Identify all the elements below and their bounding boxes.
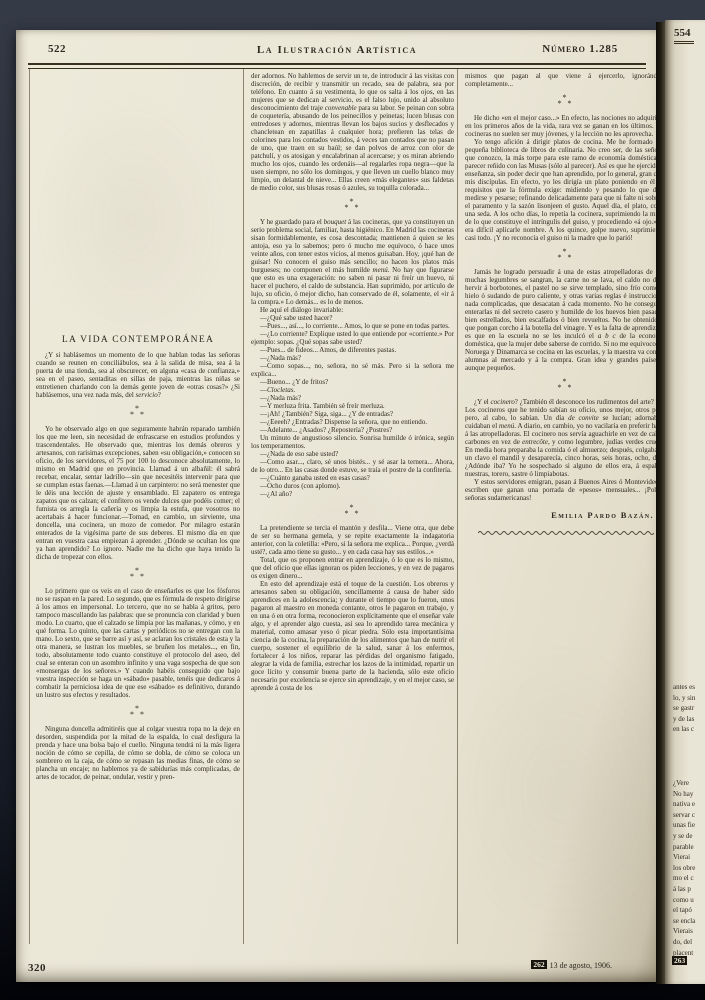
dialog-line: —Como asar..., claro, sé unos bistés... … [251, 458, 454, 474]
asterism-divider-icon: ** * [36, 568, 240, 579]
footer-plate-number: 320 [28, 962, 46, 974]
clipped-text-fragment: Vierai [673, 852, 695, 863]
text-column-1: LA VIDA CONTEMPORÁNEA¿Y si hablásemos un… [36, 72, 240, 952]
clipped-text-fragment: nativa e [673, 799, 695, 810]
clipped-text-fragment: los obre [673, 863, 695, 874]
dialog-line: —Y merluza frita. También sé freír merlu… [251, 402, 454, 410]
next-page-number: 554 [674, 27, 694, 44]
dialog-line: —¿Nada más? [251, 394, 454, 402]
dialog-line: —Como sopas..., no, señora, no sé más. P… [251, 362, 454, 378]
magazine-page-scan: 522 La Ilustración Artística Número 1.28… [16, 30, 658, 982]
paragraph: ¿Y el cocinero? ¿También él desconoce lo… [465, 398, 666, 478]
footer-date: 13 de agosto, 1906. [550, 961, 612, 970]
dialog-line: —¿Al año? [251, 490, 454, 498]
paragraph: ¿Y si hablásemos un momento de lo que ha… [36, 351, 240, 399]
clipped-text-fragment: y de las [673, 714, 695, 725]
dialog-line: —Clocletas. [251, 386, 454, 394]
paragraph: En esto del aprendizaje está el toque de… [251, 580, 454, 692]
clipped-text-fragment: antes es [673, 682, 695, 693]
paragraph: Yo tengo afición á dirigir platos de coc… [465, 138, 666, 242]
issue-number-box: 262 [531, 960, 546, 969]
clipped-text-fragment: como u [673, 895, 695, 906]
paragraph: Total, que os proponen entrar en aprendi… [251, 556, 454, 580]
clipped-text-fragment: se encla [673, 916, 695, 927]
dialog-line: —¿Cuánto ganaba usted en esas casas? [251, 474, 454, 482]
paragraph: Un minuto de angustioso silencio. Sonris… [251, 434, 454, 450]
footer-issue-date: 26213 de agosto, 1906. [531, 960, 612, 970]
clipped-text-fragment: Vierais [673, 926, 695, 937]
clipped-text-fragment: lo, y sin [673, 693, 695, 704]
asterism-divider-icon: ** * [465, 379, 666, 390]
dialog-line: —Bueno... ¿Y de fritos? [251, 378, 454, 386]
next-page-issue-box: 263 [672, 956, 687, 965]
dialog-line: —¡Ah! ¿También? Siga, siga... ¿Y de entr… [251, 410, 454, 418]
dialog-line: —¿Nada más? [251, 354, 454, 362]
clipped-text-fragment: á las p [673, 884, 695, 895]
asterism-divider-icon: ** * [465, 95, 666, 106]
clipped-text-fragment: mo el c [673, 873, 695, 884]
paragraph: Y he guardado para el bouquet á las coci… [251, 218, 454, 306]
text-column-2: der adornos. No hablemos de servir un te… [251, 72, 454, 952]
column-rule-mid1 [243, 68, 244, 944]
paragraph: Yo he observado algo en que seguramente … [36, 425, 240, 561]
clipped-text-fragment: unas fie [673, 820, 695, 831]
dialog-line: —¿Lo corriente? Explique usted lo que en… [251, 330, 454, 346]
paragraph: Y estos servidores emigran, pasan á Buen… [465, 478, 666, 502]
clipped-text-fragment: No hay [673, 789, 695, 800]
asterism-divider-icon: ** * [36, 706, 240, 717]
book-gutter-shadow [656, 22, 665, 984]
paragraph: He dicho «en el mejor caso...» En efecto… [465, 114, 666, 138]
asterism-divider-icon: ** * [251, 505, 454, 516]
paragraph: He aquí el diálogo invariable: [251, 306, 454, 314]
author-signature: Emilia Pardo Bazán. [465, 511, 666, 519]
asterism-divider-icon: ** * [251, 199, 454, 210]
clipped-text-fragment: do, del [673, 937, 695, 948]
clipped-text-fragment: ¿Vere [673, 778, 695, 789]
text-column-3: mismos que pagan al que viene á ejercerl… [465, 72, 666, 952]
column-rule-mid2 [457, 68, 458, 944]
clipped-text-fragment: en las c [673, 724, 695, 735]
clipped-text-fragment: parable [673, 842, 695, 853]
paragraph: mismos que pagan al que viene á ejercerl… [465, 72, 666, 88]
header-double-rule [28, 63, 646, 69]
paragraph: der adornos. No hablemos de servir un te… [251, 72, 454, 192]
next-page-edge: 554 antes eslo, y sinse gastry de lasen … [665, 20, 705, 984]
photographed-book-spread: { "colors":{"paper":"#eae6d7","ink":"#2e… [0, 0, 705, 1000]
clipped-text-fragment: y se de [673, 831, 695, 842]
asterism-divider-icon: ** * [36, 406, 240, 417]
clipped-text-fragment: se gastr [673, 703, 695, 714]
issue-number: Número 1.285 [542, 43, 618, 55]
column-rule-left [29, 68, 30, 944]
clipped-text-block-lower: ¿VereNo haynativa eservar cunas fiey se … [673, 778, 695, 958]
clipped-text-fragment: el tapó [673, 905, 695, 916]
dialog-line: —¿Qué sabe usted hacer? [251, 314, 454, 322]
wavy-rule [465, 530, 666, 538]
page-header: 522 La Ilustración Artística Número 1.28… [30, 40, 644, 62]
dialog-line: —¿Nada de eso sabe usted? [251, 450, 454, 458]
clipped-text-block-upper: antes eslo, y sinse gastry de lasen las … [673, 682, 695, 735]
dialog-line: —Ocho duros (con aplomo). [251, 482, 454, 490]
dialog-line: —Adelante... ¿Asados? ¿Repostería? ¿Post… [251, 426, 454, 434]
asterism-divider-icon: ** * [465, 249, 666, 260]
paragraph: La pretendiente se tercia el mantón y de… [251, 524, 454, 556]
paragraph: Ninguna doncella admitiréis que al colga… [36, 725, 240, 781]
dialog-line: —Pues... de fideos... Amos, de diferente… [251, 346, 454, 354]
paragraph: Jamás he logrado persuadir á una de esta… [465, 268, 666, 372]
dialog-line: —Pues..., así..., lo corriente... Amos, … [251, 322, 454, 330]
clipped-text-fragment: servar c [673, 810, 695, 821]
dialog-line: —¿Eeeeh? ¿Entradas? Dispense la señora, … [251, 418, 454, 426]
article-title: LA VIDA CONTEMPORÁNEA [36, 336, 240, 344]
paragraph: Lo primero que os veis en el caso de ens… [36, 587, 240, 699]
